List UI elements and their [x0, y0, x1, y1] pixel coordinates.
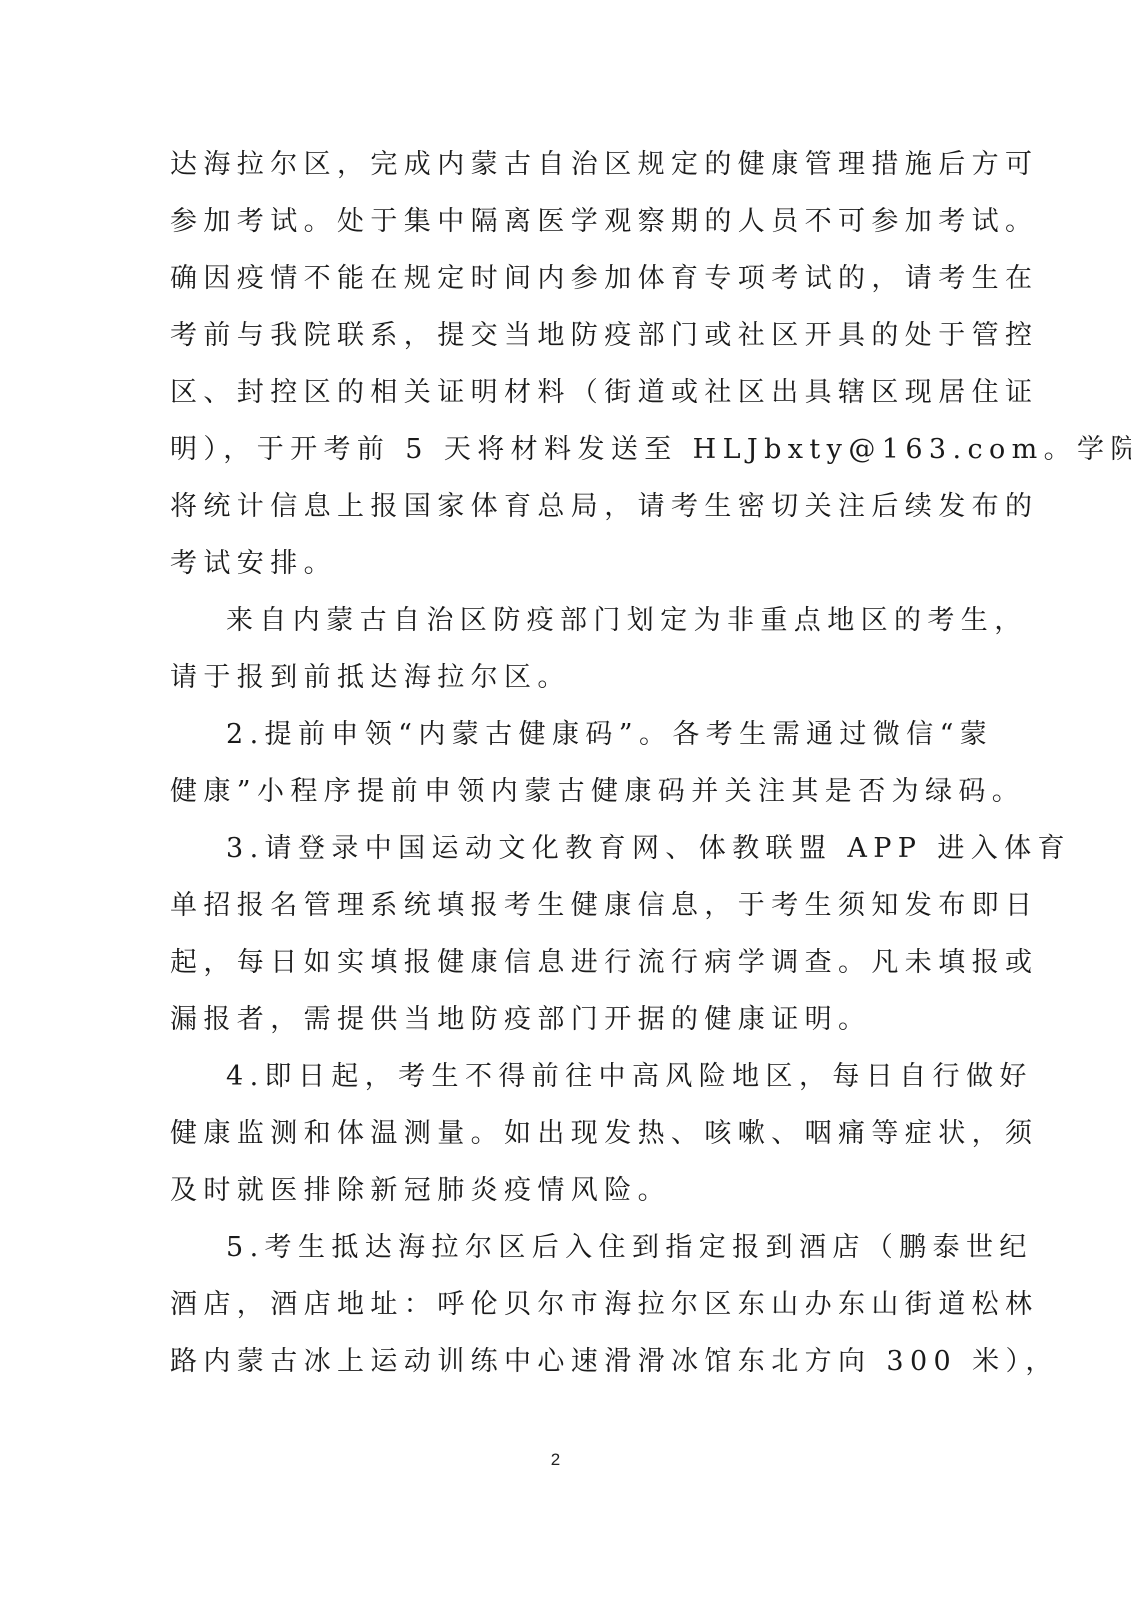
text-line: 酒店，酒店地址：呼伦贝尔市海拉尔区东山办东山街道松林: [170, 1276, 942, 1333]
paragraph-start: 来自内蒙古自治区防疫部门划定为非重点地区的考生，: [170, 592, 942, 649]
text-line: 请于报到前抵达海拉尔区。: [170, 649, 942, 706]
text-line-with-email: 明），于开考前 5 天将材料发送至 HLJbxty@163.com。学院: [170, 421, 942, 478]
text-line: 将统计信息上报国家体育总局，请考生密切关注后续发布的: [170, 478, 942, 535]
list-item-3-start: 3.请登录中国运动文化教育网、体教联盟 APP 进入体育: [170, 820, 942, 877]
body-text: 达海拉尔区，完成内蒙古自治区规定的健康管理措施后方可 参加考试。处于集中隔离医学…: [170, 136, 942, 1390]
text-line: 参加考试。处于集中隔离医学观察期的人员不可参加考试。: [170, 193, 942, 250]
text-line: 达海拉尔区，完成内蒙古自治区规定的健康管理措施后方可: [170, 136, 942, 193]
text-line: 健康”小程序提前申领内蒙古健康码并关注其是否为绿码。: [170, 763, 942, 820]
list-item-5-start: 5.考生抵达海拉尔区后入住到指定报到酒店（鹏泰世纪: [170, 1219, 942, 1276]
text-line: 漏报者，需提供当地防疫部门开据的健康证明。: [170, 991, 942, 1048]
text-line: 考试安排。: [170, 535, 942, 592]
document-page: 达海拉尔区，完成内蒙古自治区规定的健康管理措施后方可 参加考试。处于集中隔离医学…: [0, 0, 1131, 1600]
list-item-2-start: 2.提前申领“内蒙古健康码”。各考生需通过微信“蒙: [170, 706, 942, 763]
text-line: 起，每日如实填报健康信息进行流行病学调查。凡未填报或: [170, 934, 942, 991]
page-number: 2: [0, 1450, 1111, 1470]
text-line: 健康监测和体温测量。如出现发热、咳嗽、咽痛等症状，须: [170, 1105, 942, 1162]
text-line: 路内蒙古冰上运动训练中心速滑滑冰馆东北方向 300 米），: [170, 1333, 942, 1390]
text-line: 及时就医排除新冠肺炎疫情风险。: [170, 1162, 942, 1219]
text-line: 考前与我院联系，提交当地防疫部门或社区开具的处于管控: [170, 307, 942, 364]
text-line: 确因疫情不能在规定时间内参加体育专项考试的，请考生在: [170, 250, 942, 307]
text-line: 区、封控区的相关证明材料（街道或社区出具辖区现居住证: [170, 364, 942, 421]
text-line: 单招报名管理系统填报考生健康信息，于考生须知发布即日: [170, 877, 942, 934]
list-item-4-start: 4.即日起，考生不得前往中高风险地区，每日自行做好: [170, 1048, 942, 1105]
